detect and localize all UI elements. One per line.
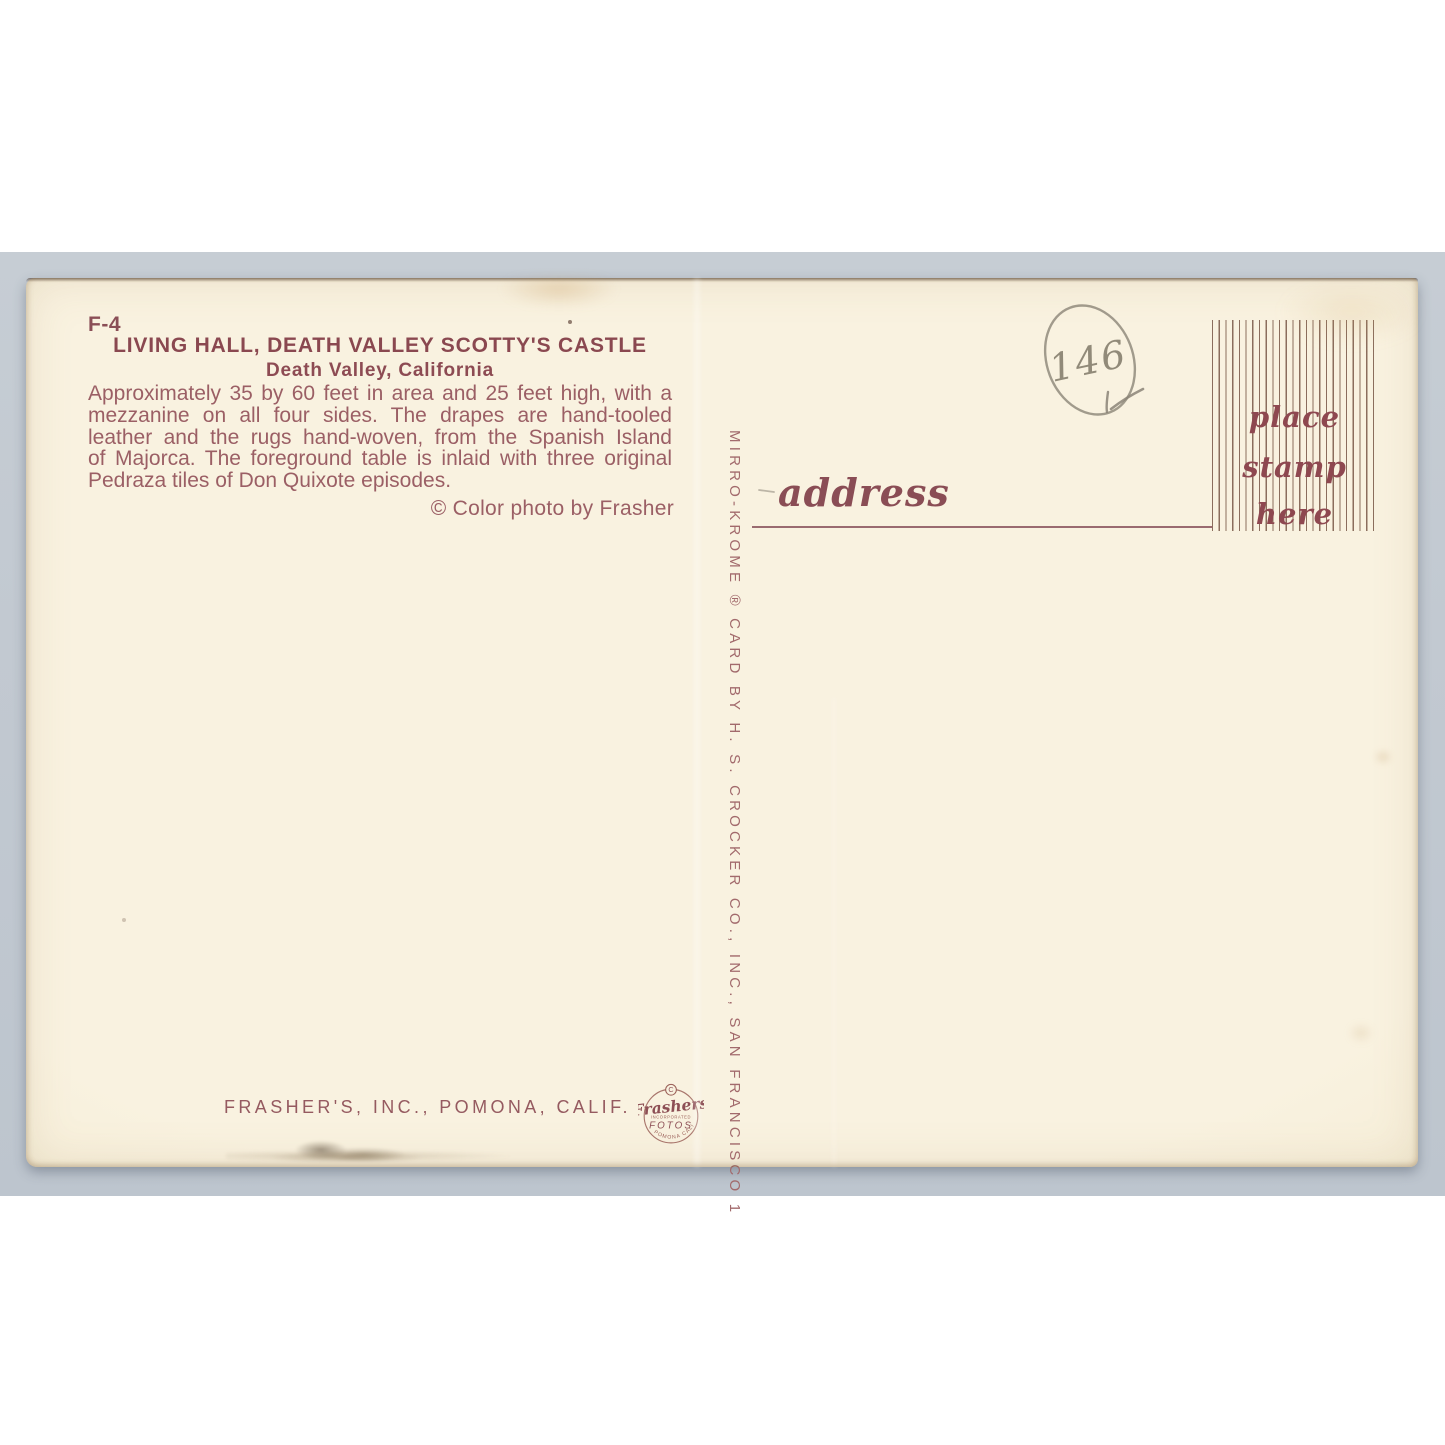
logo-copyright: C xyxy=(668,1085,673,1094)
stain xyxy=(270,1132,440,1162)
caption-title: LIVING HALL, DEATH VALLEY SCOTTY'S CASTL… xyxy=(86,334,674,358)
caption-line: leather and the rugs hand-woven, from th… xyxy=(88,427,672,449)
caption-line: of Majorca. The foreground table is inla… xyxy=(88,448,672,470)
photo-credit: © Color photo by Frasher xyxy=(88,497,674,521)
pencil-tick xyxy=(1107,392,1108,412)
address-rule xyxy=(752,526,1212,528)
caption-subtitle: Death Valley, California xyxy=(86,360,674,382)
crease xyxy=(694,278,700,1167)
postcard-scan: { "page": { "background_color": "#ffffff… xyxy=(0,0,1445,1445)
ink-speck xyxy=(122,918,126,922)
stain xyxy=(1344,1020,1378,1046)
caption-body: Approximately 35 by 60 feet in area and … xyxy=(88,383,672,492)
printer-imprint-vertical: MIRRO-KROME ® CARD BY H. S. CROCKER CO.,… xyxy=(721,430,743,1072)
stamp-box: place stamp here xyxy=(1212,320,1377,531)
stain xyxy=(226,1150,526,1162)
stamp-text-line: place xyxy=(1212,400,1377,434)
postcard-back: F-4 LIVING HALL, DEATH VALLEY SCOTTY'S C… xyxy=(26,278,1418,1167)
pencil-dash xyxy=(759,490,774,492)
pencil-tick xyxy=(1111,389,1143,409)
frashers-fotos-logo: C Frashers INCORPORATED FOTOS POMONA CAL… xyxy=(638,1081,704,1147)
stamp-text-line: here xyxy=(1212,497,1377,531)
caption-line: Approximately 35 by 60 feet in area and … xyxy=(88,383,672,405)
publisher-line: FRASHER'S, INC., POMONA, CALIF. xyxy=(224,1097,631,1118)
logo-incorporated: INCORPORATED xyxy=(651,1115,691,1120)
pencil-number: 146 xyxy=(1045,331,1131,390)
crease xyxy=(832,698,836,1167)
stain xyxy=(1370,746,1396,768)
address-label: address xyxy=(778,470,950,515)
ink-speck xyxy=(568,320,572,324)
caption-header: LIVING HALL, DEATH VALLEY SCOTTY'S CASTL… xyxy=(86,334,674,382)
stamp-text-line: stamp xyxy=(1212,450,1377,484)
stain xyxy=(494,278,624,314)
caption-line: Pedraza tiles of Don Quixote episodes. xyxy=(88,470,672,492)
caption-line: mezzanine on all four sides. The drapes … xyxy=(88,405,672,427)
pencil-oval xyxy=(1030,292,1150,427)
